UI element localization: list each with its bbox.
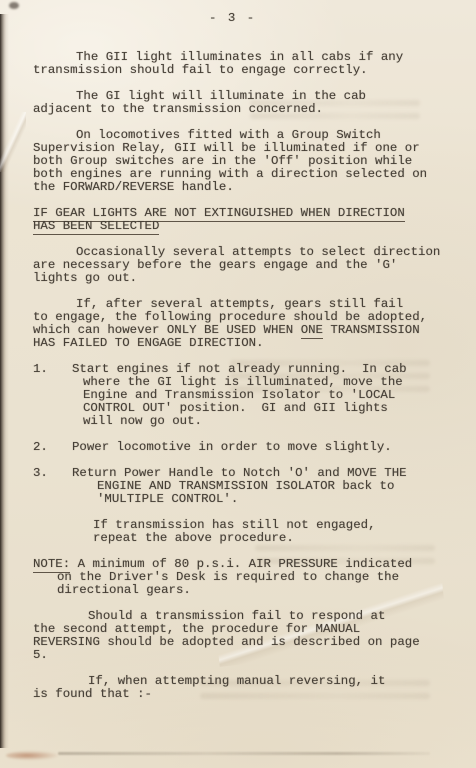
text-line: adjacent to the transmission concerned. (33, 103, 457, 116)
page-number: - 3 - (209, 12, 457, 25)
item-text: Start engines if not already running. In… (72, 362, 407, 376)
item-number: 2. (33, 441, 72, 454)
text-line: repeat the above procedure. (93, 532, 457, 545)
list-item-2: 2.Power locomotive in order to move slig… (33, 441, 457, 454)
item-text: Power locomotive in order to move slight… (72, 440, 392, 454)
text-line: will now go out. (83, 415, 457, 428)
text-line: 5. (33, 649, 457, 662)
typewritten-text: - 3 - The GII light illuminates in all c… (33, 12, 457, 714)
scan-speck (9, 2, 19, 9)
underlined-word: ONE (301, 323, 323, 339)
text-segment: TRANSMISSION (323, 323, 420, 337)
note-text: A minimum of 80 p.s.i. AIR PRESSURE indi… (70, 557, 412, 571)
item-number: 1. (33, 363, 72, 376)
section-heading: IF GEAR LIGHTS ARE NOT EXTINGUISHED WHEN… (33, 207, 457, 233)
heading-text: HAS BEEN SELECTED (33, 219, 159, 235)
text-line: 2.Power locomotive in order to move slig… (33, 441, 457, 454)
paragraph-occasionally: Occasionally several attempts to select … (33, 246, 457, 285)
list-item-3: 3.Return Power Handle to Notch 'O' and M… (33, 467, 457, 506)
paragraph-group-switch: On locomotives fitted with a Group Switc… (33, 129, 457, 194)
item-number: 3. (33, 467, 72, 480)
text-line: lights go out. (33, 272, 457, 285)
text-line: transmission should fail to engage corre… (33, 64, 457, 77)
text-line: 'MULTIPLE CONTROL'. (97, 493, 457, 506)
text-line: directional gears. (57, 584, 457, 597)
text-line: is found that :- (33, 688, 457, 701)
paragraph-gi-light: The GI light will illuminate in the cab … (33, 90, 457, 116)
item-text: Return Power Handle to Notch 'O' and MOV… (72, 466, 407, 480)
text-segment: which can however ONLY BE USED WHEN (33, 323, 301, 337)
paragraph-gii-light: The GII light illuminates in all cabs if… (33, 51, 457, 77)
heading-line: HAS BEEN SELECTED (33, 220, 457, 233)
list-item-1: 1.Start engines if not already running. … (33, 363, 457, 428)
paragraph-second-attempt: Should a transmission fail to respond at… (33, 610, 457, 662)
paragraph-procedure-intro: If, after several attempts, gears still … (33, 298, 457, 350)
rust-mark (6, 751, 58, 760)
note-block: NOTE: A minimum of 80 p.s.i. AIR PRESSUR… (33, 558, 457, 597)
paper-crease (0, 112, 26, 172)
sub-paragraph-repeat: If transmission has still not engaged, r… (33, 519, 457, 545)
text-line: the FORWARD/REVERSE handle. (33, 181, 457, 194)
paragraph-manual-reversing: If, when attempting manual reversing, it… (33, 675, 457, 701)
document-page: - 3 - The GII light illuminates in all c… (0, 0, 476, 768)
text-line: HAS FAILED TO ENGAGE DIRECTION. (33, 337, 457, 350)
scan-smudge (58, 752, 430, 755)
text-line: REVERSING should be adopted and is descr… (33, 636, 457, 649)
